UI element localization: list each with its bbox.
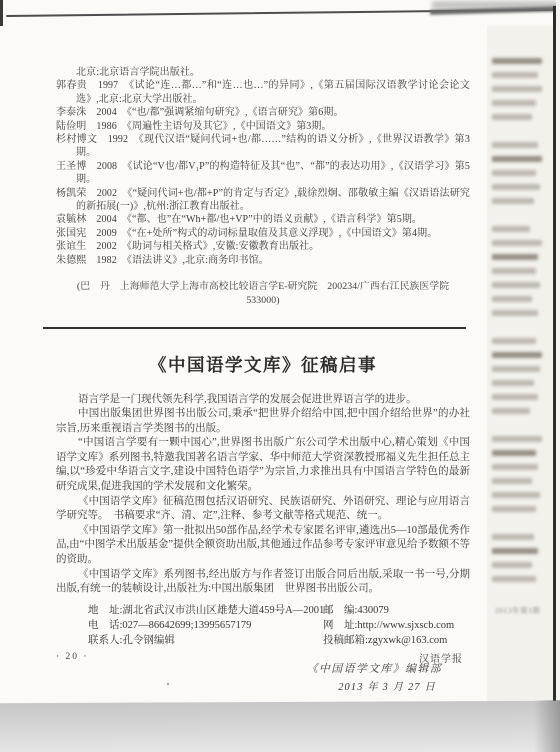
blurred-text-line (492, 394, 538, 400)
reference-entry: 陆俭明 1986 《周遍性主语句及其它》,《中国语文》第3期。 (56, 120, 470, 133)
blurred-text-line (492, 352, 542, 358)
blurred-text-line (492, 240, 542, 246)
adjacent-page-text (487, 58, 553, 582)
blurred-text-line (492, 548, 538, 554)
blurred-text-line (492, 310, 538, 316)
blurred-text-line (492, 254, 538, 260)
blurred-text-line (492, 436, 542, 442)
blurred-text-line (492, 534, 534, 540)
author-affiliation-note: (巴 丹 上海师范大学上海市高校比较语言学E-研究院 200234/广西右江民族… (56, 280, 470, 307)
contact-line: 投稿邮箱:zgyxwk@163.com (323, 633, 454, 648)
adjacent-page-footer: 2013年第3期 (495, 605, 540, 616)
blurred-text-line (492, 198, 534, 204)
scan-bottom-band (0, 701, 560, 752)
contact-line: 邮 编:430079 (323, 603, 454, 618)
blurred-text-line (492, 366, 540, 372)
reference-entry: 杨凯荣 2002 《“疑问代词+也/都+P”的肯定与否定》,载徐烈炯、邵敬敏主编… (56, 187, 470, 214)
blurred-text-line (492, 576, 536, 582)
reference-entry: 张国宪 2009 《“在+处所”构式的动词标量取值及其意义浮现》,《中国语文》第… (56, 227, 470, 240)
announcement-paragraph: 《中国语学文库》征稿范围包括汉语研究、民族语研究、外语研究、理论与应用语言学研究… (56, 495, 470, 524)
reference-entry: 杉村博文 1992 《现代汉语“疑问代词+也/都……”结构的语义分析》,《世界汉… (56, 133, 470, 160)
blurred-text-line (492, 142, 538, 148)
blurred-text-line (492, 450, 536, 456)
blurred-text-line (492, 268, 536, 274)
blurred-text-line (492, 464, 538, 470)
blurred-text-line (492, 282, 540, 288)
blurred-text-line (492, 380, 534, 386)
scan-right-edge (556, 0, 560, 752)
announcement-paragraph: 中国出版集团世界图书出版公司,秉承“把世界介绍给中国,把中国介绍给世界”的办社宗… (56, 407, 470, 436)
page-number: · 20 · (56, 652, 89, 662)
announcement-title: 《中国语学文库》征稿启事 (56, 352, 470, 377)
blurred-text-line (492, 492, 540, 498)
blurred-text-line (492, 114, 532, 120)
blurred-text-gap (487, 520, 553, 526)
blurred-text-line (492, 58, 542, 64)
blurred-text-line (492, 338, 536, 344)
reference-entry: 李泰洙 2004 《“也/都”强调紧缩句研究》,《语言研究》第6期。 (56, 106, 470, 119)
page-content: 北京:北京语言学院出版社。 郭春贵 1997 《试论“连…都…”和“连…也…”的… (56, 66, 470, 693)
scan-corner-mark (0, 0, 3, 26)
reference-entry: 张谊生 2002 《助词与相关格式》,安徽:安徽教育出版社。 (56, 240, 470, 253)
blurred-text-line (492, 506, 536, 512)
blurred-text-gap (487, 422, 553, 428)
reference-entry: 王圣博 2008 《试论“V也/都V₁P”的构造特征及其“也”、“都”的表达功用… (56, 160, 470, 187)
announcement-paragraph: “中国语言学要有一颗中国心”,世界图书出版广东公司学术出版中心,精心策划《中国语… (56, 436, 470, 494)
announcement-paragraph: 语言学是一门现代领先科学,我国语言学的发展会促进世界语言学的进步。 (56, 393, 470, 408)
editorial-signature: 《中国语学文库》编辑部 (56, 661, 470, 676)
blurred-text-line (492, 562, 532, 568)
reference-entry: 郭春贵 1997 《试论“连…都…”和“连…也…”的异同》,《第五届国际汉语教学… (56, 79, 470, 106)
announcement-paragraph: 《中国语学文库》系列图书,经出版方与作者签订出版合同后出版,采取一书一号,分期出… (56, 568, 470, 597)
references-list: 北京:北京语言学院出版社。 郭春贵 1997 《试论“连…都…”和“连…也…”的… (56, 66, 470, 307)
reference-entry: 袁毓林 2004 《“都、也”在“Wh+都/也+VP”中的语义贡献》,《语言科学… (56, 213, 470, 226)
blurred-text-line (492, 170, 536, 176)
announcement-body: 语言学是一门现代领先科学,我国语言学的发展会促进世界语言学的进步。中国出版集团世… (56, 393, 470, 597)
reference-continuation: 北京:北京语言学院出版社。 (76, 66, 470, 79)
blurred-text-line (492, 100, 536, 106)
adjacent-page-strip: 2013年第3期 (487, 26, 553, 702)
contact-right-column: 邮 编:430079网 址:http://www.sjxscb.com投稿邮箱:… (323, 603, 454, 649)
announcement-date: 2013 年 3 月 27 日 (56, 678, 470, 693)
blurred-text-line (492, 226, 530, 232)
blurred-text-gap (487, 128, 553, 134)
contact-block: 地 址:湖北省武汉市洪山区雄楚大道459号A—2001电 话:027—86642… (56, 603, 470, 649)
blurred-text-gap (487, 324, 553, 330)
scan-bottom-right-shadow (534, 700, 560, 752)
announcement-paragraph: 《中国语学文库》第一批拟出50部作品,经学术专家匿名评审,遴选出5—10部最优秀… (56, 524, 470, 568)
blurred-text-line (492, 408, 530, 414)
section-divider-rule (43, 327, 466, 329)
blurred-text-line (492, 156, 542, 162)
blurred-text-line (492, 184, 540, 190)
reference-entry: 朱德熙 1982 《语法讲义》,北京:商务印书馆。 (56, 254, 470, 267)
blurred-text-line (492, 478, 532, 484)
reference-entries: 郭春贵 1997 《试论“连…都…”和“连…也…”的异同》,《第五届国际汉语教学… (56, 79, 470, 267)
blurred-text-line (492, 72, 538, 78)
blurred-text-line (492, 86, 542, 92)
contact-line: 网 址:http://www.sjxscb.com (323, 618, 454, 633)
blurred-text-gap (487, 212, 553, 218)
blurred-text-line (492, 296, 532, 302)
journal-name: 汉语学报 (419, 650, 463, 665)
scan-speck (167, 683, 169, 685)
